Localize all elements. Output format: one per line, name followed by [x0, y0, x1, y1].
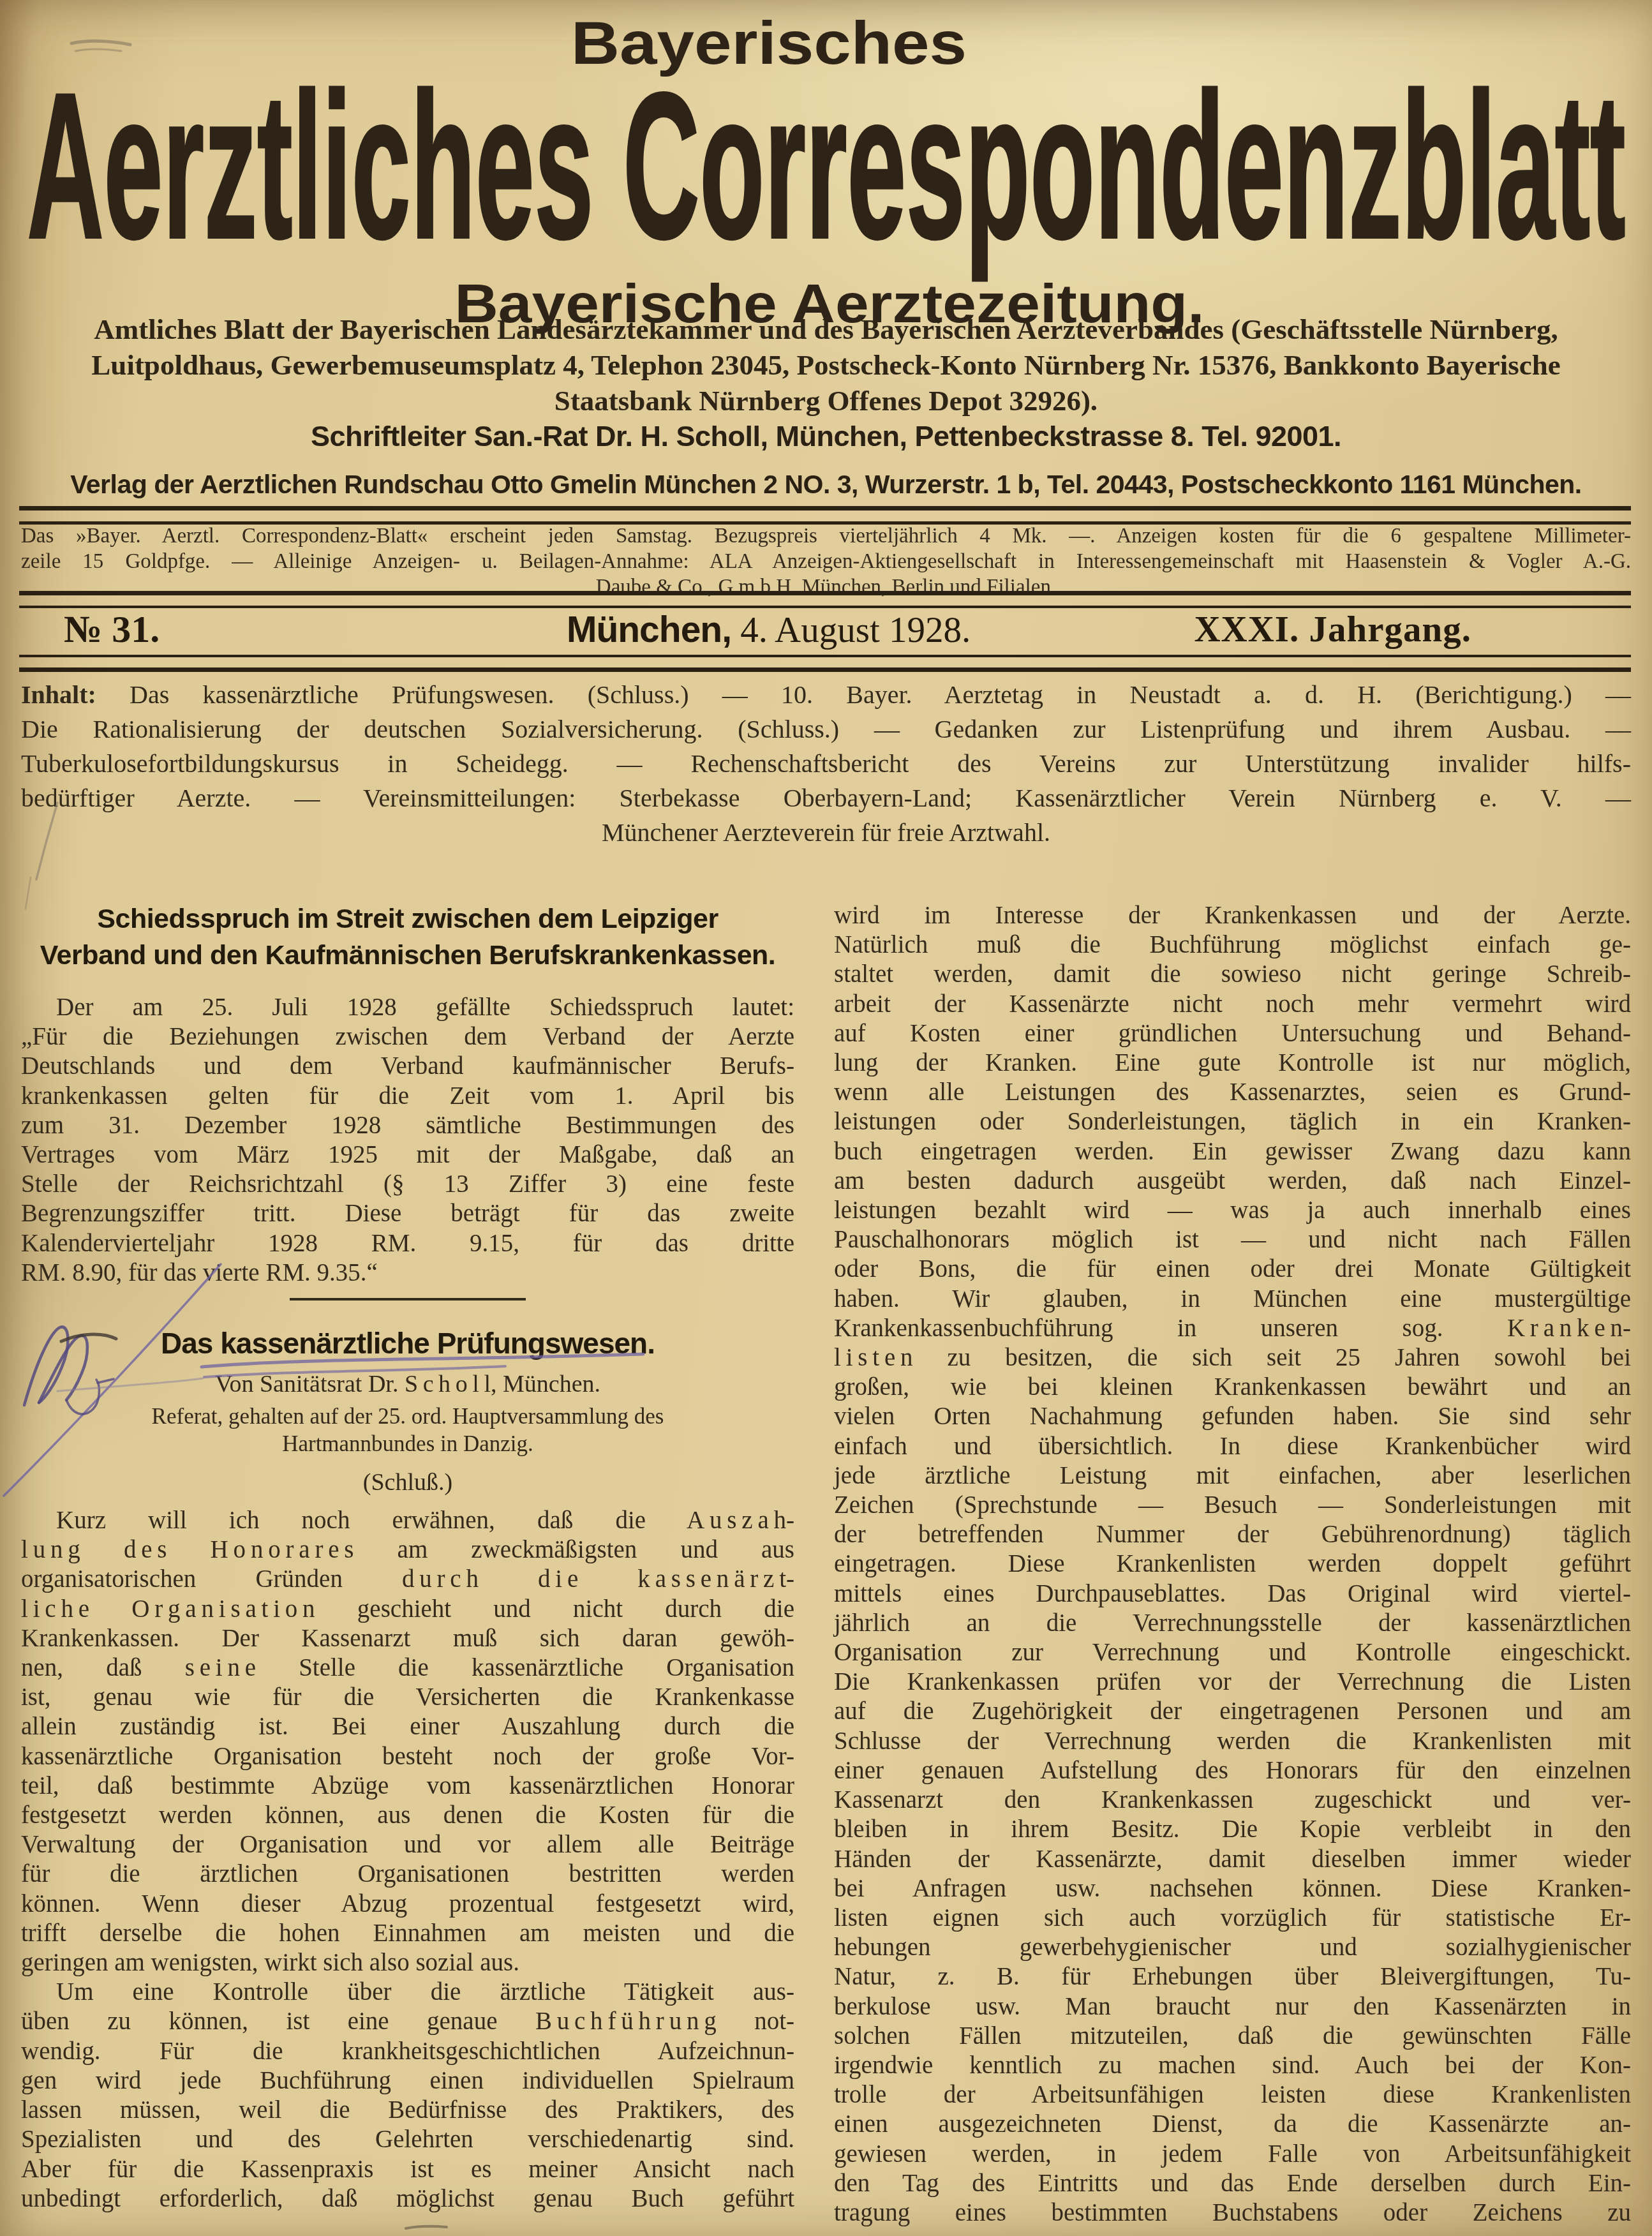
newspaper-page: Bayerisches Aerztliches Correspondenzbla…: [0, 0, 1652, 2236]
inhalt-first-line: Inhalt: Das kassenärztliche Prüfungswese…: [21, 678, 1631, 712]
article1-title-line: Schiedsspruch im Streit zwischen dem Lei…: [21, 901, 794, 937]
article2-line: Aber für die Kassenpraxis ist es meiner …: [21, 2155, 794, 2184]
right-column-line: leistungen oder Sonderleistungen, täglic…: [834, 1107, 1631, 1137]
official-organ-lines: Amtliches Blatt der Bayerischen Landesär…: [21, 311, 1631, 419]
article2-line: nen, daß s e i n e Stelle die kassenärzt…: [21, 1653, 794, 1683]
issue-date: 4. August 1928.: [731, 610, 971, 650]
right-column-line: auf Kosten einer gründlichen Untersuchun…: [834, 1019, 1631, 1048]
article1-title-line: Verband und den Kaufmännischen Berufskra…: [21, 937, 794, 974]
article1-line: Begrenzungsziffer tritt. Diese beträgt f…: [21, 1199, 794, 1228]
article2-reference-line: Referat, gehalten auf der 25. ord. Haupt…: [21, 1403, 794, 1430]
right-column-line: Schlusse der Verrechnung werden die Kran…: [834, 1727, 1631, 1756]
right-column-line: Natürlich muß die Buchführung möglichst …: [834, 930, 1631, 960]
article2-line: können. Wenn dieser Abzug prozentual fes…: [21, 1889, 794, 1919]
right-column-line: wird im Interesse der Krankenkassen und …: [834, 901, 1631, 930]
right-column-line: jede ärztliche Leistung mit einfachen, a…: [834, 1461, 1631, 1491]
article2-paragraph-2: Um eine Kontrolle über die ärztliche Tät…: [21, 1978, 794, 2214]
issue-bar: № 31. München, 4. August 1928. XXXI. Jah…: [19, 606, 1631, 655]
article2-line: allein zuständig ist. Bei einer Auszahlu…: [21, 1712, 794, 1741]
article-columns: Schiedsspruch im Streit zwischen dem Lei…: [21, 890, 1631, 2228]
right-column-line: arbeit der Kassenärzte nicht noch mehr v…: [834, 990, 1631, 1019]
right-column-line: am besten dadurch ausgeübt werden, daß n…: [834, 1166, 1631, 1196]
article2-line: trifft derselbe die hohen Einnahmen am m…: [21, 1919, 794, 1948]
article2-line: üben zu können, ist eine genaue B u c h …: [21, 2007, 794, 2036]
inhalt-line: Die Rationalisierung der deutschen Sozia…: [21, 712, 1631, 747]
article2-line: wendig. Für die krankheitsgeschichtliche…: [21, 2037, 794, 2066]
right-column-line: auf die Zugehörigkeit der eingetragenen …: [834, 1697, 1631, 1726]
article2-line: l u n g d e s H o n o r a r e s am zweck…: [21, 1535, 794, 1565]
double-rule: [19, 655, 1631, 672]
publisher-line: Verlag der Aerztlichen Rundschau Otto Gm…: [21, 470, 1631, 500]
right-column-line: Organisation zur Verrechnung und Kontrol…: [834, 1638, 1631, 1667]
masthead-title: Aerztliches Correspondenzblatt: [27, 50, 1626, 283]
article2-reference: Referat, gehalten auf der 25. ord. Haupt…: [21, 1403, 794, 1457]
imprint-justified: Das »Bayer. Aerztl. Correspondenz-Blatt«…: [21, 523, 1631, 574]
article2-part-note: (Schluß.): [21, 1468, 794, 1497]
article1-line: zum 31. Dezember 1928 sämtliche Bestimmu…: [21, 1111, 794, 1140]
right-column-line: Kassenarzt den Krankenkassen zugeschickt…: [834, 1785, 1631, 1815]
article2-line: kassenärztliche Organisation besteht noc…: [21, 1742, 794, 1771]
right-column-line: jährlich an die Verrechnungsstelle der k…: [834, 1609, 1631, 1638]
article1-line: Der am 25. Juli 1928 gefällte Schiedsspr…: [21, 993, 794, 1022]
editor-line: Schriftleiter San.-Rat Dr. H. Scholl, Mü…: [21, 420, 1631, 453]
right-column-line: haben. Wir glauben, in München eine must…: [834, 1285, 1631, 1314]
right-column-line: l i s t e n zu besitzen, die sich seit 2…: [834, 1343, 1631, 1373]
article2-line: Kurz will ich noch erwähnen, daß die A u…: [21, 1506, 794, 1535]
article2-line: unbedingt erforderlich, daß möglichst ge…: [21, 2184, 794, 2214]
article2-line: Spezialisten und des Gelehrten verschied…: [21, 2125, 794, 2154]
right-column-line: bleiben in ihrem Besitz. Die Kopie verbl…: [834, 1815, 1631, 1844]
article2-line: ist, genau wie für die Versicherten die …: [21, 1683, 794, 1712]
right-column-line: Pauschalhonorars möglich ist — und nicht…: [834, 1225, 1631, 1255]
article1-line: „Für die Beziehungen zwischen dem Verban…: [21, 1022, 794, 1052]
right-column-line: den Tag des Eintritts und das Ende derse…: [834, 2169, 1631, 2198]
right-column-line: oder Bons, die für einen oder drei Monat…: [834, 1255, 1631, 1284]
article2-byline: Von Sanitätsrat Dr. S c h o l l, München…: [21, 1369, 794, 1399]
imprint-line: zeile 15 Goldpfge. — Alleinige Anzeigen-…: [21, 549, 1631, 574]
masthead: Bayerisches Aerztliches Correspondenzbla…: [0, 0, 1652, 341]
right-column-line: tragung eines bestimmten Buchstabens ode…: [834, 2198, 1631, 2228]
article2-line: l i c h e O r g a n i s a t i o n geschi…: [21, 1595, 794, 1624]
article1-paragraph: Der am 25. Juli 1928 gefällte Schiedsspr…: [21, 993, 794, 1288]
article1-title: Schiedsspruch im Streit zwischen dem Lei…: [21, 901, 794, 974]
article2-line: festgesetzt werden können, aus denen die…: [21, 1801, 794, 1830]
article2-line: Krankenkassen. Der Kassenarzt muß sich d…: [21, 1624, 794, 1653]
right-column-line: einer genauen Aufstellung des Honorars f…: [834, 1756, 1631, 1785]
inhalt-mid-lines: Die Rationalisierung der deutschen Sozia…: [21, 712, 1631, 816]
article1-line: krankenkassen gelten für die Zeit vom 1.…: [21, 1082, 794, 1111]
right-column-line: lung der Kranken. Eine gute Kontrolle is…: [834, 1048, 1631, 1078]
article2-line: gen wird jede Buchführung einen individu…: [21, 2066, 794, 2096]
official-line: Amtliches Blatt der Bayerischen Landesär…: [21, 311, 1631, 347]
right-column-line: listen eignen sich auch vorzüglich für s…: [834, 1904, 1631, 1933]
right-column-line: Händen der Kassenärzte, damit dieselben …: [834, 1845, 1631, 1874]
article-separator-rule: [290, 1298, 526, 1301]
right-column-line: einen ausgezeichneten Dienst, da die Kas…: [834, 2110, 1631, 2139]
article2-line: Um eine Kontrolle über die ärztliche Tät…: [21, 1978, 794, 2007]
right-column-line: mittels eines Durchpauseblattes. Das Ori…: [834, 1579, 1631, 1609]
article2-title: Das kassenärztliche Prüfungswesen.: [21, 1326, 794, 1360]
inhalt-line: bedürftiger Aerzte. — Vereinsmitteilunge…: [21, 781, 1631, 816]
article1-line: Deutschlands und dem Verband kaufmännisc…: [21, 1052, 794, 1081]
article1-line: RM. 8.90, für das vierte RM. 9.35.“: [21, 1258, 794, 1288]
inhalt-block: Inhalt: Das kassenärztliche Prüfungswese…: [21, 678, 1631, 850]
right-column-line: Natur, z. B. für Erhebungen über Bleiver…: [834, 1962, 1631, 1992]
article2-line: organisatorischen Gründen d u r c h d i …: [21, 1565, 794, 1594]
right-column-line: hebungen gewerbehygienischer und sozialh…: [834, 1933, 1631, 1962]
article2-line: teil, daß bestimmte Abzüge vom kassenärz…: [21, 1771, 794, 1801]
right-column-line: gewiesen werden, in jedem Falle von Arbe…: [834, 2140, 1631, 2169]
right-column-line: einfach und übersichtlich. In diese Kran…: [834, 1432, 1631, 1461]
double-rule: [19, 506, 1631, 525]
article2-line: geringen am wenigsten, wirkt sich also s…: [21, 1948, 794, 1978]
right-column-line: irgendwie kenntlich zu machen sind. Auch…: [834, 2051, 1631, 2080]
article1-line: Vertrages vom März 1925 mit der Maßgabe,…: [21, 1140, 794, 1170]
right-column-line: bei Anfragen usw. nachsehen können. Dies…: [834, 1874, 1631, 1904]
right-column-line: Die Krankenkassen prüfen vor der Verrech…: [834, 1667, 1631, 1697]
left-column: Schiedsspruch im Streit zwischen dem Lei…: [21, 890, 794, 2228]
double-rule: [19, 591, 1631, 608]
article2-line: lassen müssen, weil die Bedürfnisse des …: [21, 2096, 794, 2125]
article1-line: Kalendervierteljahr 1928 RM. 9.15, für d…: [21, 1229, 794, 1258]
article2-line: Verwaltung der Organisation und vor alle…: [21, 1830, 794, 1860]
issue-volume: XXXI. Jahrgang.: [1194, 609, 1471, 650]
right-column-line: Krankenkassenbuchführung in unseren sog.…: [834, 1314, 1631, 1343]
right-column-line: vielen Orten Nachahmung gefunden haben. …: [834, 1402, 1631, 1431]
inhalt-last-line: Münchener Aerzteverein für freie Arztwah…: [21, 816, 1631, 850]
issue-place: München,: [567, 609, 731, 650]
article2-reference-line: Hartmannbundes in Danzig.: [21, 1430, 794, 1457]
right-column-line: der betreffenden Nummer der Gebührenordn…: [834, 1520, 1631, 1549]
article2-line: für die ärztlichen Organisationen bestri…: [21, 1860, 794, 1889]
right-column-line: großen, wie bei kleinen Krankenkassen be…: [834, 1373, 1631, 1402]
article1-line: Stelle der Reichsrichtzahl (§ 13 Ziffer …: [21, 1170, 794, 1199]
right-column-line: Zeichen (Sprechstunde — Besuch — Sonderl…: [834, 1491, 1631, 1520]
imprint-block: Das »Bayer. Aerztl. Correspondenz-Blatt«…: [21, 523, 1631, 600]
issue-number: № 31.: [64, 607, 160, 652]
right-column-line: staltet werden, damit die sowieso nicht …: [834, 960, 1631, 989]
issue-place-date: München, 4. August 1928.: [567, 609, 971, 651]
right-column-line: buch eingetragen werden. Ein gewisser Zw…: [834, 1137, 1631, 1166]
right-column-line: berkulose usw. Man braucht nur den Kasse…: [834, 1992, 1631, 2022]
inhalt-label: Inhalt:: [21, 680, 96, 709]
right-column: wird im Interesse der Krankenkassen und …: [834, 890, 1631, 2228]
right-column-line: wenn alle Leistungen des Kassenarztes, s…: [834, 1078, 1631, 1107]
article2-paragraph-1: Kurz will ich noch erwähnen, daß die A u…: [21, 1506, 794, 1978]
official-line: Luitpoldhaus, Gewerbemuseumsplatz 4, Tel…: [21, 347, 1631, 383]
imprint-line: Das »Bayer. Aerztl. Correspondenz-Blatt«…: [21, 523, 1631, 549]
right-column-line: solchen Fällen mitzuteilen, daß die gewü…: [834, 2022, 1631, 2051]
inhalt-line: Tuberkulosefortbildungskursus in Scheide…: [21, 747, 1631, 781]
inhalt-first-line-text: Das kassenärztliche Prüfungswesen. (Schl…: [96, 680, 1631, 709]
right-column-line: trolle der Arbeitsunfähigen leisten dies…: [834, 2080, 1631, 2110]
official-line: Staatsbank Nürnberg Offenes Depot 32926)…: [21, 383, 1631, 419]
right-column-line: eingetragen. Diese Krankenlisten werden …: [834, 1549, 1631, 1579]
right-column-line: leistungen bezahlt wird — was ja auch in…: [834, 1196, 1631, 1225]
